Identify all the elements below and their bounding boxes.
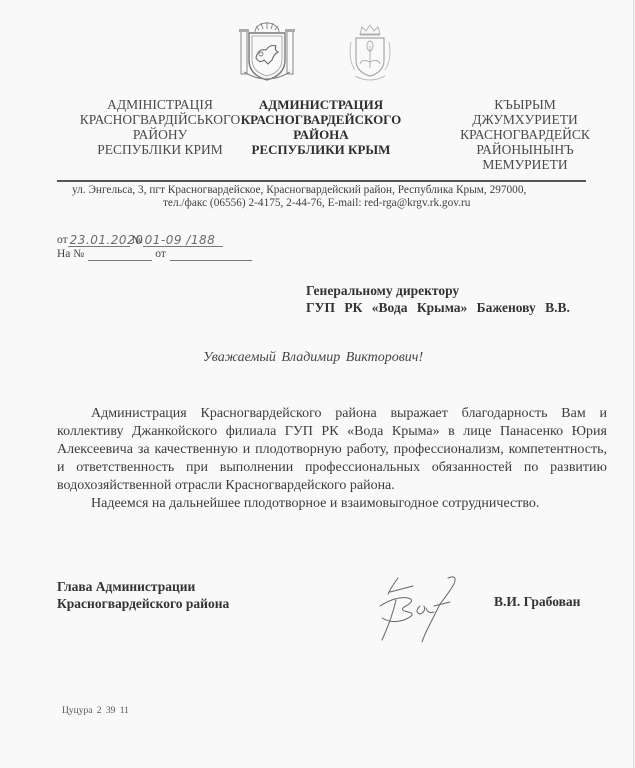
scan-edge (633, 0, 634, 768)
reply-number-blank (88, 250, 152, 261)
header-ua-line: РЕСПУБЛІКИ КРИМ (60, 142, 260, 157)
incoming-reference: На № от (57, 247, 252, 261)
reply-number-label: На № (57, 247, 84, 261)
body-paragraph: Надеемся на дальнейшее плодотворное и вз… (57, 495, 607, 513)
signatory-name: В.И. Грабован (494, 594, 580, 610)
reply-date-blank (170, 250, 252, 261)
handwritten-date: 23.01.2020 (68, 234, 130, 247)
reply-from-label: от (155, 247, 166, 261)
signatory-title-line: Красногвардейского района (57, 595, 229, 612)
signatory-title-line: Глава Администрации (57, 578, 229, 595)
executor-note: Цуцура 2 39 11 (62, 706, 129, 716)
outgoing-reference: от 23.01.2020 № 01-09 /188 (57, 233, 252, 247)
addressee-block: Генеральному директору ГУП РК «Вода Крым… (306, 282, 570, 316)
header-crimean-tatar: КЪЫРЫМ ДЖУМХУРИЕТИ КРАСНОГВАРДЕЙСК РАЙОН… (440, 97, 610, 172)
number-label: № (132, 233, 143, 247)
krasnogvardeysky-district-coat-of-arms-icon (345, 22, 395, 84)
handwritten-signature-icon (368, 568, 468, 643)
header-crh-line: МЕМУРИЕТИ (440, 157, 610, 172)
addressee-name: ГУП РК «Вода Крыма» Баженову В.В. (306, 299, 570, 316)
letterhead-divider (57, 180, 586, 182)
header-ru-line: АДМИНИСТРАЦИЯ (232, 97, 410, 112)
header-ru-line: КРАСНОГВАРДЕЙСКОГО (232, 112, 410, 127)
header-ua-line: РАЙОНУ (60, 127, 260, 142)
header-ukrainian: АДМІНІСТРАЦІЯ КРАСНОГВАРДІЙСЬКОГО РАЙОНУ… (60, 97, 260, 157)
letter-body: Администрация Красногвардейского района … (57, 405, 607, 513)
from-label: от (57, 233, 68, 247)
handwritten-number: 01-09 /188 (143, 234, 223, 247)
header-ua-line: КРАСНОГВАРДІЙСЬКОГО (60, 112, 260, 127)
address-line: ул. Энгельса, 3, пгт Красногвардейское, … (40, 184, 620, 197)
contact-line: тел./факс (06556) 2-4175, 2-44-76, E-mai… (40, 197, 620, 210)
header-crh-line: КЪЫРЫМ (440, 97, 610, 112)
reference-block: от 23.01.2020 № 01-09 /188 На № от (57, 233, 252, 261)
crimea-coat-of-arms-icon (238, 20, 296, 85)
header-crh-line: КРАСНОГВАРДЕЙСК (440, 127, 610, 142)
signatory-title: Глава Администрации Красногвардейского р… (57, 578, 229, 612)
letterhead-address: ул. Энгельса, 3, пгт Красногвардейское, … (40, 184, 620, 210)
letter-page: АДМІНІСТРАЦІЯ КРАСНОГВАРДІЙСЬКОГО РАЙОНУ… (0, 0, 635, 768)
header-crh-line: ДЖУМХУРИЕТИ (440, 112, 610, 127)
header-ua-line: АДМІНІСТРАЦІЯ (60, 97, 260, 112)
header-ru-line: РЕСПУБЛИКИ КРЫМ (232, 142, 410, 157)
header-russian: АДМИНИСТРАЦИЯ КРАСНОГВАРДЕЙСКОГО РАЙОНА … (232, 97, 410, 157)
salutation: Уважаемый Владимир Викторович! (203, 350, 423, 366)
addressee-position: Генеральному директору (306, 282, 570, 299)
header-ru-line: РАЙОНА (232, 127, 410, 142)
header-crh-line: РАЙОНЫНЫНЪ (440, 142, 610, 157)
body-paragraph: Администрация Красногвардейского района … (57, 405, 607, 495)
